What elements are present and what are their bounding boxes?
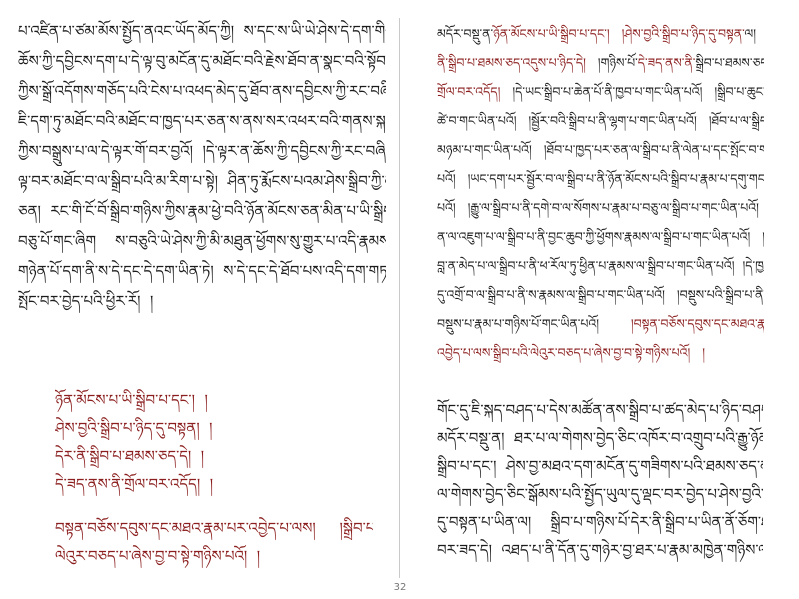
commentary-segment: མཉམ་པ་གང་ཡིན་པའོ། །ཐོབ་པ་ཁྱད་པར་ཅན་ལ་སྒྲ… (437, 142, 764, 157)
commentary-segment: ལ། ། (744, 26, 764, 41)
commentary-segment: ཚེ་བ་གང་ཡིན་པའོ། །སྦྱོར་བའི་སྒྲིབ་པ་ནི་ལ… (437, 113, 764, 128)
section-heading: གསུམ་པ་ ༼དོན་བསྡུ་བ༽། དོན་བསྡུ་ཉོན་མོངས་… (18, 342, 386, 372)
body-line: ལྟ་བར་མཐོང་བ་ལ་སྒྲིབ་པའི་མ་རིག་པ་སྟེ། ཤི… (18, 166, 386, 196)
commentary-line: པའོ། །རྒྱུ་ལ་སྒྲིབ་པ་ནི་དགེ་བ་ལ་སོགས་པ་ར… (437, 193, 764, 222)
verse-line: དེ་ཟད་ནས་ནི་གྲོལ་བར་འདོད། ། (55, 470, 375, 498)
explanation-line: དུ་བསྟན་པ་ཡིན་ལ། སྒྲིབ་པ་གཉིས་པོ་དེར་ནི་… (437, 508, 763, 536)
chapter-colophon: བསྟན་བཅོས་དབུས་དང་མཐའ་རྣམ་པར་འབྱེད་པ་ལས།… (55, 514, 373, 570)
explanation-line: མདོར་བསྡུ་ན། ཐར་པ་ལ་གེགས་བྱེད་ཅིང་འཁོར་བ… (437, 424, 763, 452)
commentary-segment: །དེ་ཡང་སྒྲིབ་པ་ཆེན་པོ་ནི་ཁྱབ་པ་གང་ཡིན་པའ… (512, 84, 764, 99)
body-line: བཅུ་པོ་གང་ཞིག ས་བཅུའི་ཡེ་ཤེས་ཀྱི་མི་མཐུན… (18, 226, 386, 256)
body-line: པ་འཛིན་པ་ཙམ་མོས་སྤྱོད་ནའང་ཡོད་མོད་ཀྱི། ས… (18, 16, 386, 46)
commentary-line: དུ་འགྲོ་བ་ལ་སྒྲིབ་པ་ནི་ས་རྣམས་ལ་སྒྲིབ་པ་… (437, 280, 764, 309)
body-line: གཉེན་པོ་དག་ནི་ས་དེ་དང་དེ་དག་ཡིན་ཏེ། ས་དེ… (18, 256, 386, 286)
body-line: ཇི་དག་ཏུ་མཐོང་བའི་མཐོང་བ་ཁྱད་པར་ཅན་ས་ནས་… (18, 106, 386, 136)
gutter-divider (399, 18, 400, 578)
explanation-line: གོང་དུ་ཇི་སྐད་བཤད་པ་དེས་མཚོན་ནས་སྒྲིབ་པ་… (437, 396, 763, 424)
body-line: ཀྱིས་སྒྲོ་འདོགས་གཅོད་པའི་ངེས་པ་འཕད་མེད་ད… (18, 76, 386, 106)
colophon-line: བསྟན་བཅོས་དབུས་དང་མཐའ་རྣམ་པར་འབྱེད་པ་ལས།… (55, 514, 373, 542)
root-text-segment: འབྱེད་པ་ལས་སྒྲིབ་པའི་ལེའུར་བཅད་པ་ཞེས་བྱ་… (437, 345, 705, 360)
commentary-line: གྲོལ་བར་འདོད། །དེ་ཡང་སྒྲིབ་པ་ཆེན་པོ་ནི་ཁ… (437, 77, 764, 106)
verse-line: ཤེས་བྱའི་སྒྲིབ་པ་ཉིད་དུ་བསྟན། ། (55, 414, 375, 442)
commentary-line: བླ་ན་མེད་པ་ལ་སྒྲིབ་པ་ནི་ཕ་རོལ་ཏུ་ཕྱིན་པ་… (437, 251, 764, 280)
colophon-line: ལེའུར་བཅད་པ་ཞེས་བྱ་བ་སྟེ་གཉིས་པའོ། ། (55, 542, 373, 570)
commentary-segment: མདོར་བསྡུ་ན་ (437, 26, 493, 41)
root-text-segment: །བསྟན་བཅོས་དབུས་དང་མཐའ་རྣམ་པར་ (631, 316, 764, 331)
commentary-segment: །གཉིས་པོ་ (598, 55, 638, 70)
commentary-segment: བསྡུས་པ་རྣམ་པ་གཉིས་པོ་གང་ཡིན་པའོ། (437, 316, 631, 331)
root-text-segment: གྲོལ་བར་འདོད། (437, 84, 512, 99)
explanation-line: བར་ཟད་དེ། འཐད་པ་ནི་དོན་དུ་གཉེར་བྱ་ཐར་པ་ར… (437, 536, 763, 564)
commentary-line: ན་ལ་འཇུག་པ་ལ་སྒྲིབ་པ་ནི་བྱང་ཆུབ་ཀྱི་ཕྱོག… (437, 222, 764, 251)
right-page-commentary: མདོར་བསྡུ་ན་ཉོན་མོངས་པ་ཡི་སྒྲིབ་པ་དང་། །… (437, 19, 764, 367)
commentary-segment: པའོ། །རྒྱུ་ལ་སྒྲིབ་པ་ནི་དགེ་བ་ལ་སོགས་པ་ར… (437, 200, 764, 215)
commentary-line: པའོ། །ཡང་དག་པར་སྦྱོར་བ་ལ་སྒྲིབ་པ་ནི་ཉོན་… (437, 164, 764, 193)
body-line: ཀྱིས་བསྒྲུས་པ་ལ་དེ་ལྟར་གོ་བར་བྱའོ། །དེ་ལ… (18, 136, 386, 166)
commentary-line: བསྡུས་པ་རྣམ་པ་གཉིས་པོ་གང་ཡིན་པའོ། །བསྟན་… (437, 309, 764, 338)
commentary-segment: སྒྲིབ་པ་ཐམས་ཅད་ལས་ (695, 55, 764, 70)
body-line: སྤོང་བར་བྱེད་པའི་ཕྱིར་རོ། ། (18, 286, 386, 316)
body-line: ཆོས་ཀྱི་དབྱིངས་དག་པ་དེ་ལྟ་བུ་མངོན་དུ་མཐོ… (18, 46, 386, 76)
root-text-segment: ཉོན་མོངས་པ་ཡི་སྒྲིབ་པ་དང་། །ཤེས་བྱའི་སྒྲ… (493, 26, 744, 41)
explanation-line: ལ་གེགས་བྱེད་ཅིང་སྒོམས་པའི་སྤྱོད་ཡུལ་དུ་ལ… (437, 480, 763, 508)
explanation-line: སྒྲིབ་པ་དང་། ཤེས་བྱ་མཐའ་དག་མངོན་དུ་གཟིགས… (437, 452, 763, 480)
commentary-line: འབྱེད་པ་ལས་སྒྲིབ་པའི་ལེའུར་བཅད་པ་ཞེས་བྱ་… (437, 338, 764, 367)
commentary-line: ཚེ་བ་གང་ཡིན་པའོ། །སྦྱོར་བའི་སྒྲིབ་པ་ནི་ལ… (437, 106, 764, 135)
body-line: ཅན། རང་གི་ངོ་བོ་སྒྲིབ་གཉིས་ཀྱིས་རྣམ་ཕྱེ་… (18, 196, 386, 226)
page-number: 32 (380, 582, 420, 593)
right-page-explanation: གོང་དུ་ཇི་སྐད་བཤད་པ་དེས་མཚོན་ནས་སྒྲིབ་པ་… (437, 396, 763, 564)
root-text-segment: ནི་སྒྲིབ་པ་ཐམས་ཅད་འདུས་པ་ཉིད་དེ། (437, 55, 598, 70)
commentary-segment: ན་ལ་འཇུག་པ་ལ་སྒྲིབ་པ་ནི་བྱང་ཆུབ་ཀྱི་ཕྱོག… (437, 229, 764, 244)
root-verses: ཉོན་མོངས་པ་ཡི་སྒྲིབ་པ་དང་། ། ཤེས་བྱའི་སྒ… (55, 386, 375, 498)
commentary-line: མདོར་བསྡུ་ན་ཉོན་མོངས་པ་ཡི་སྒྲིབ་པ་དང་། །… (437, 19, 764, 48)
verse-line: ཉོན་མོངས་པ་ཡི་སྒྲིབ་པ་དང་། ། (55, 386, 375, 414)
commentary-segment: བླ་ན་མེད་པ་ལ་སྒྲིབ་པ་ནི་ཕ་རོལ་ཏུ་ཕྱིན་པ་… (437, 258, 764, 273)
commentary-segment: དུ་འགྲོ་བ་ལ་སྒྲིབ་པ་ནི་ས་རྣམས་ལ་སྒྲིབ་པ་… (437, 287, 764, 302)
left-page-body-text: པ་འཛིན་པ་ཙམ་མོས་སྤྱོད་ནའང་ཡོད་མོད་ཀྱི། ས… (18, 16, 386, 316)
verse-line: དེར་ནི་སྒྲིབ་པ་ཐམས་ཅད་དེ། ། (55, 442, 375, 470)
commentary-line: མཉམ་པ་གང་ཡིན་པའོ། །ཐོབ་པ་ཁྱད་པར་ཅན་ལ་སྒྲ… (437, 135, 764, 164)
book-spread: པ་འཛིན་པ་ཙམ་མོས་སྤྱོད་ནའང་ཡོད་མོད་ཀྱི། ས… (0, 0, 799, 599)
commentary-segment: པའོ། །ཡང་དག་པར་སྦྱོར་བ་ལ་སྒྲིབ་པ་ནི་ཉོན་… (437, 171, 764, 186)
commentary-line: ནི་སྒྲིབ་པ་ཐམས་ཅད་འདུས་པ་ཉིད་དེ། །གཉིས་པ… (437, 48, 764, 77)
root-text-segment: དེ་ཟད་ནས་ནི་ (638, 55, 696, 70)
